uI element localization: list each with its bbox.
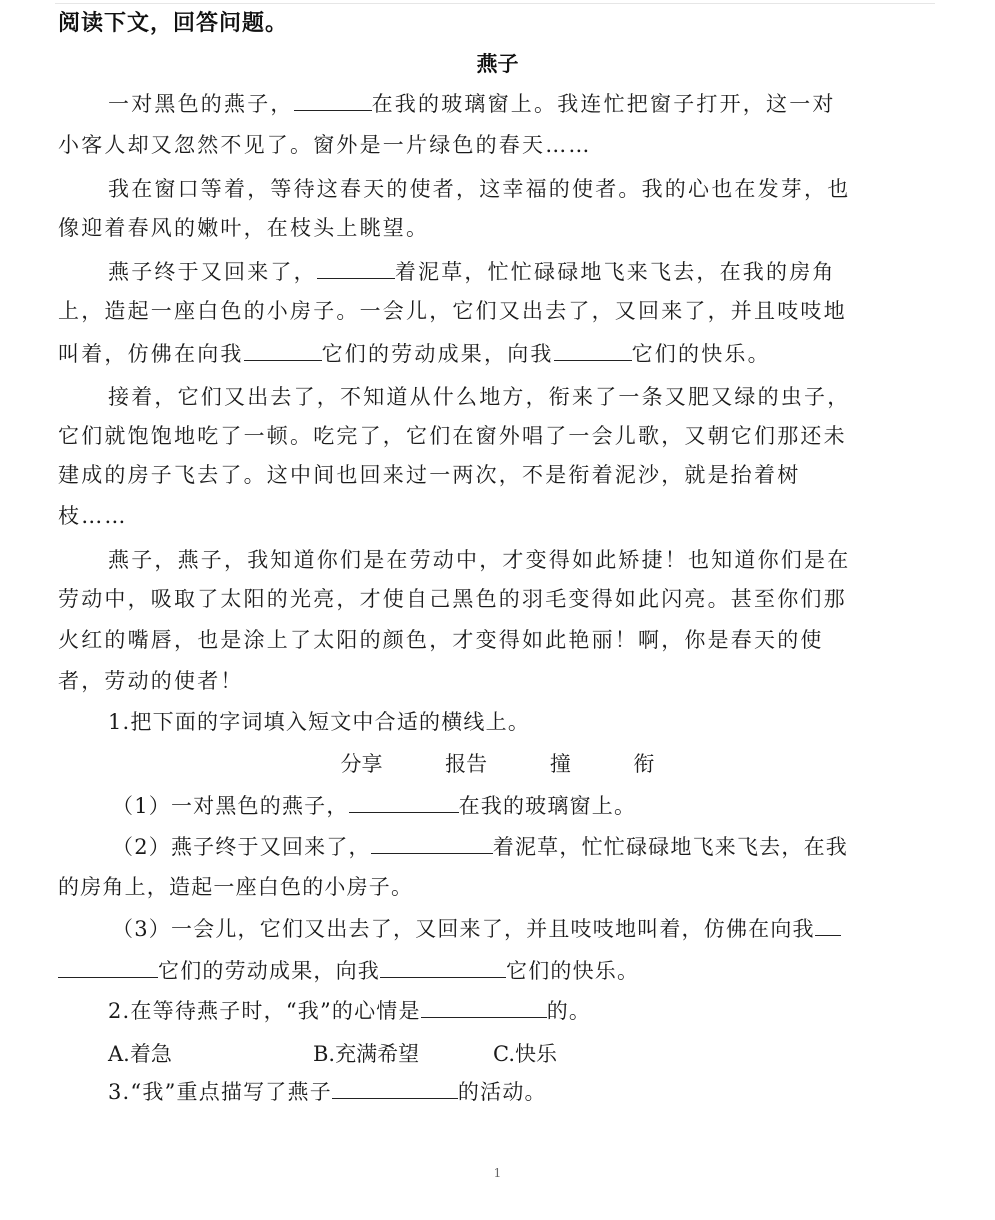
text: 着泥草，忙忙碌碌地飞来飞去，在我 [493,835,848,859]
text: 着泥草，忙忙碌碌地飞来飞去，在我的房角 [395,260,836,284]
question-1-sentence-3-cont: 它们的劳动成果，向我它们的快乐。 [58,957,639,985]
text: 2.在等待燕子时，“我”的心情是 [108,999,421,1023]
word-bank-item: 报告 [445,748,487,778]
passage-p3-line2: 上，造起一座白色的小房子。一会儿，它们又出去了，又回来了，并且吱吱地 [58,297,847,325]
question-1-sentence-3: （3）一会儿，它们又出去了，又回来了，并且吱吱地叫着，仿佛在向我 [112,915,841,943]
text: （3）一会儿，它们又出去了，又回来了，并且吱吱地叫着，仿佛在向我 [112,917,815,941]
passage-p1-line2: 小客人却又忽然不见了。窗外是一片绿色的春天…… [58,131,592,159]
fill-blank[interactable] [244,340,322,361]
answer-blank[interactable] [421,997,547,1018]
question-1-sentence-2-cont: 的房角上，造起一座白色的小房子。 [58,873,413,901]
passage-p3-line3: 叫着，仿佛在向我它们的劳动成果，向我它们的快乐。 [58,340,771,368]
answer-blank[interactable] [380,957,506,978]
page-number: 1 [0,1166,995,1180]
text: 它们的劳动成果，向我 [158,959,380,983]
passage-p3-line1: 燕子终于又回来了，着泥草，忙忙碌碌地飞来飞去，在我的房角 [108,258,836,286]
text: 它们的快乐。 [506,959,639,983]
passage-p4-line1: 接着，它们又出去了，不知道从什么地方，衔来了一条又肥又绿的虫子， [108,383,850,411]
text: 的。 [547,999,591,1023]
text: （1）一对黑色的燕子， [112,794,349,818]
word-bank-item: 衔 [634,748,655,778]
fill-blank[interactable] [317,258,395,279]
passage-p5-line4: 者，劳动的使者！ [58,667,244,695]
passage-p5-line2: 劳动中，吸取了太阳的光亮，才使自己黑色的羽毛变得如此闪亮。甚至你们那 [58,585,847,613]
option-b[interactable]: B.充满希望 [313,1038,493,1068]
text: 叫着，仿佛在向我 [58,342,244,366]
passage-p1-line1: 一对黑色的燕子，在我的玻璃窗上。我连忙把窗子打开，这一对 [108,90,836,118]
text: 它们的快乐。 [632,342,771,366]
text: 在我的玻璃窗上。我连忙把窗子打开，这一对 [372,92,836,116]
option-a[interactable]: A.着急 [108,1038,313,1068]
answer-blank[interactable] [371,833,493,854]
instruction-heading: 阅读下文，回答问题。 [58,6,288,37]
question-3-prompt: 3.“我”重点描写了燕子的活动。 [108,1078,547,1106]
word-bank-item: 撞 [550,748,571,778]
passage-p5-line3: 火红的嘴唇，也是涂上了太阳的颜色，才变得如此艳丽！啊，你是春天的使 [58,626,824,654]
question-1-sentence-1: （1）一对黑色的燕子，在我的玻璃窗上。 [112,792,636,820]
passage-p4-line3: 建成的房子飞去了。这中间也回来过一两次，不是衔着泥沙，就是抬着树 [58,461,800,489]
word-bank: 分享 报告 撞 衔 [0,748,995,778]
answer-blank[interactable] [58,957,158,978]
text: 燕子终于又回来了， [108,260,317,284]
answer-blank[interactable] [349,792,459,813]
text: 在我的玻璃窗上。 [459,794,637,818]
text: 的活动。 [458,1080,547,1104]
option-c[interactable]: C.快乐 [493,1038,557,1068]
answer-blank[interactable] [815,915,841,936]
passage-title: 燕子 [0,48,995,78]
text: 它们的劳动成果，向我 [322,342,554,366]
answer-blank[interactable] [332,1078,458,1099]
passage-p5-line1: 燕子，燕子，我知道你们是在劳动中，才变得如此矫捷！也知道你们是在 [108,546,850,574]
text: （2）燕子终于又回来了， [112,835,371,859]
text: 3.“我”重点描写了燕子 [108,1080,332,1104]
passage-p2-line2: 像迎着春风的嫩叶，在枝头上眺望。 [58,214,429,242]
top-border [55,3,935,4]
question-2-options: A.着急B.充满希望C.快乐 [108,1038,557,1068]
question-2-prompt: 2.在等待燕子时，“我”的心情是的。 [108,997,591,1025]
text: 一对黑色的燕子， [108,92,294,116]
question-1-prompt: 1.把下面的字词填入短文中合适的横线上。 [108,708,530,736]
question-1-sentence-2: （2）燕子终于又回来了，着泥草，忙忙碌碌地飞来飞去，在我 [112,833,848,861]
word-bank-item: 分享 [340,748,382,778]
fill-blank[interactable] [294,90,372,111]
passage-p4-line4: 枝…… [58,502,128,530]
fill-blank[interactable] [554,340,632,361]
passage-p2-line1: 我在窗口等着，等待这春天的使者，这幸福的使者。我的心也在发芽，也 [108,175,850,203]
passage-p4-line2: 它们就饱饱地吃了一顿。吃完了，它们在窗外唱了一会儿歌，又朝它们那还未 [58,422,847,450]
